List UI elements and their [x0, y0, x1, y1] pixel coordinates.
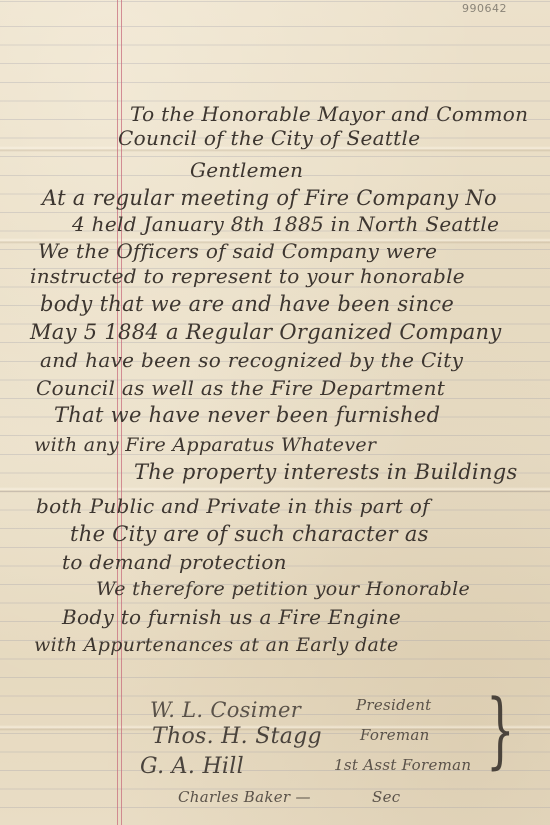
- signature-title: 1st Asst Foreman: [334, 758, 471, 773]
- body-line: both Public and Private in this part of: [36, 496, 430, 516]
- salutation-line-1: To the Honorable Mayor and Common: [130, 104, 528, 124]
- document-page: 990642 To the Honorable Mayor and Common…: [0, 0, 550, 825]
- body-line: body that we are and have been since: [40, 294, 454, 315]
- body-line: Council as well as the Fire Department: [36, 378, 445, 398]
- signature-title: Sec: [372, 790, 400, 805]
- body-line: May 5 1884 a Regular Organized Company: [30, 322, 502, 343]
- body-line: The property interests in Buildings: [134, 462, 518, 483]
- signature-name: G. A. Hill: [140, 756, 244, 778]
- body-line: instructed to represent to your honorabl…: [30, 266, 465, 286]
- body-line: 4 held January 8th 1885 in North Seattle: [72, 214, 499, 234]
- signature-name: W. L. Cosimer: [150, 700, 301, 721]
- body-line: Body to furnish us a Fire Engine: [62, 607, 401, 627]
- body-line: the City are of such character as: [70, 524, 429, 545]
- greeting: Gentlemen: [190, 160, 303, 180]
- body-line: We the Officers of said Company were: [38, 241, 437, 261]
- signature-name: Thos. H. Stagg: [152, 726, 322, 748]
- body-line: and have been so recognized by the City: [40, 350, 463, 370]
- body-line: with Appurtenances at an Early date: [34, 636, 399, 655]
- salutation-line-2: Council of the City of Seattle: [118, 128, 420, 148]
- signature-title: President: [356, 698, 432, 713]
- body-line: We therefore petition your Honorable: [96, 580, 470, 599]
- body-line: with any Fire Apparatus Whatever: [34, 436, 376, 455]
- signature-name: Charles Baker —: [178, 790, 311, 805]
- signature-title: Foreman: [360, 728, 430, 743]
- body-line: That we have never been furnished: [54, 405, 440, 426]
- fold-crease: [0, 487, 550, 493]
- body-line: to demand protection: [62, 552, 287, 572]
- catalog-number: 990642: [462, 2, 507, 15]
- body-line: At a regular meeting of Fire Company No: [42, 188, 497, 209]
- signature-brace: }: [486, 690, 515, 772]
